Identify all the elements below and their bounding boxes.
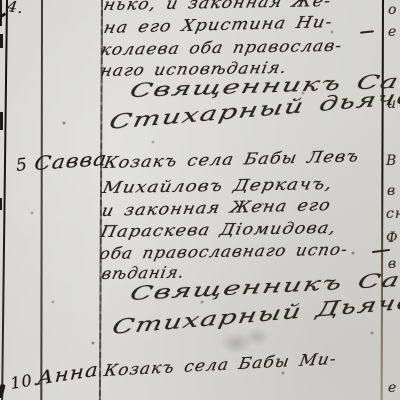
record-text-line: Козакъ села Бабы Ми- xyxy=(103,349,339,380)
record-text-line: Параскева Діомидова, xyxy=(99,218,339,241)
record-text-line: и законная Жена его xyxy=(100,195,333,220)
record-text-line: оба православнаго испо- xyxy=(98,240,350,263)
right-column-fragment: е xyxy=(388,24,397,40)
ink-smudge xyxy=(244,328,270,346)
scan-edge-mark xyxy=(0,34,3,48)
record-number: 5 xyxy=(15,155,29,176)
right-column-fragment: о xyxy=(388,2,397,18)
record-text-line: колаева оба православ- xyxy=(99,36,344,59)
scan-edge-mark xyxy=(0,112,3,130)
scan-edge-mark xyxy=(0,198,2,210)
record-name: Анна xyxy=(37,359,100,390)
record-name: Савва xyxy=(33,148,109,175)
hyphen-stroke xyxy=(360,30,374,33)
record-text-line: Михайловъ Деркачъ, xyxy=(101,174,335,197)
record-text-line: нько, и законная Же- xyxy=(102,0,333,14)
paper-speckles xyxy=(0,0,2,2)
column-rule-number xyxy=(40,0,42,400)
column-rule-right xyxy=(381,0,384,400)
record-number: 10. xyxy=(9,370,40,393)
column-rule-left xyxy=(1,0,8,400)
right-column-fragment: В xyxy=(386,153,397,169)
record-text-line: Козакъ села Бабы Левъ xyxy=(102,146,361,172)
right-column-fragment: и xyxy=(387,96,397,112)
scanned-register-page: 4. нько, и законная Же- на его Христина … xyxy=(0,0,400,400)
right-column-fragment: сн xyxy=(386,206,400,222)
record-text-line: на его Христина Ни- xyxy=(102,12,334,37)
right-column-fragment: е xyxy=(388,380,397,396)
column-rule-name xyxy=(99,0,103,400)
right-column-fragment: в xyxy=(387,183,396,199)
margin-number-previous-record: 4. xyxy=(6,0,25,17)
right-column-fragment: в xyxy=(388,256,397,272)
right-column-fragment: Ф xyxy=(386,230,399,246)
